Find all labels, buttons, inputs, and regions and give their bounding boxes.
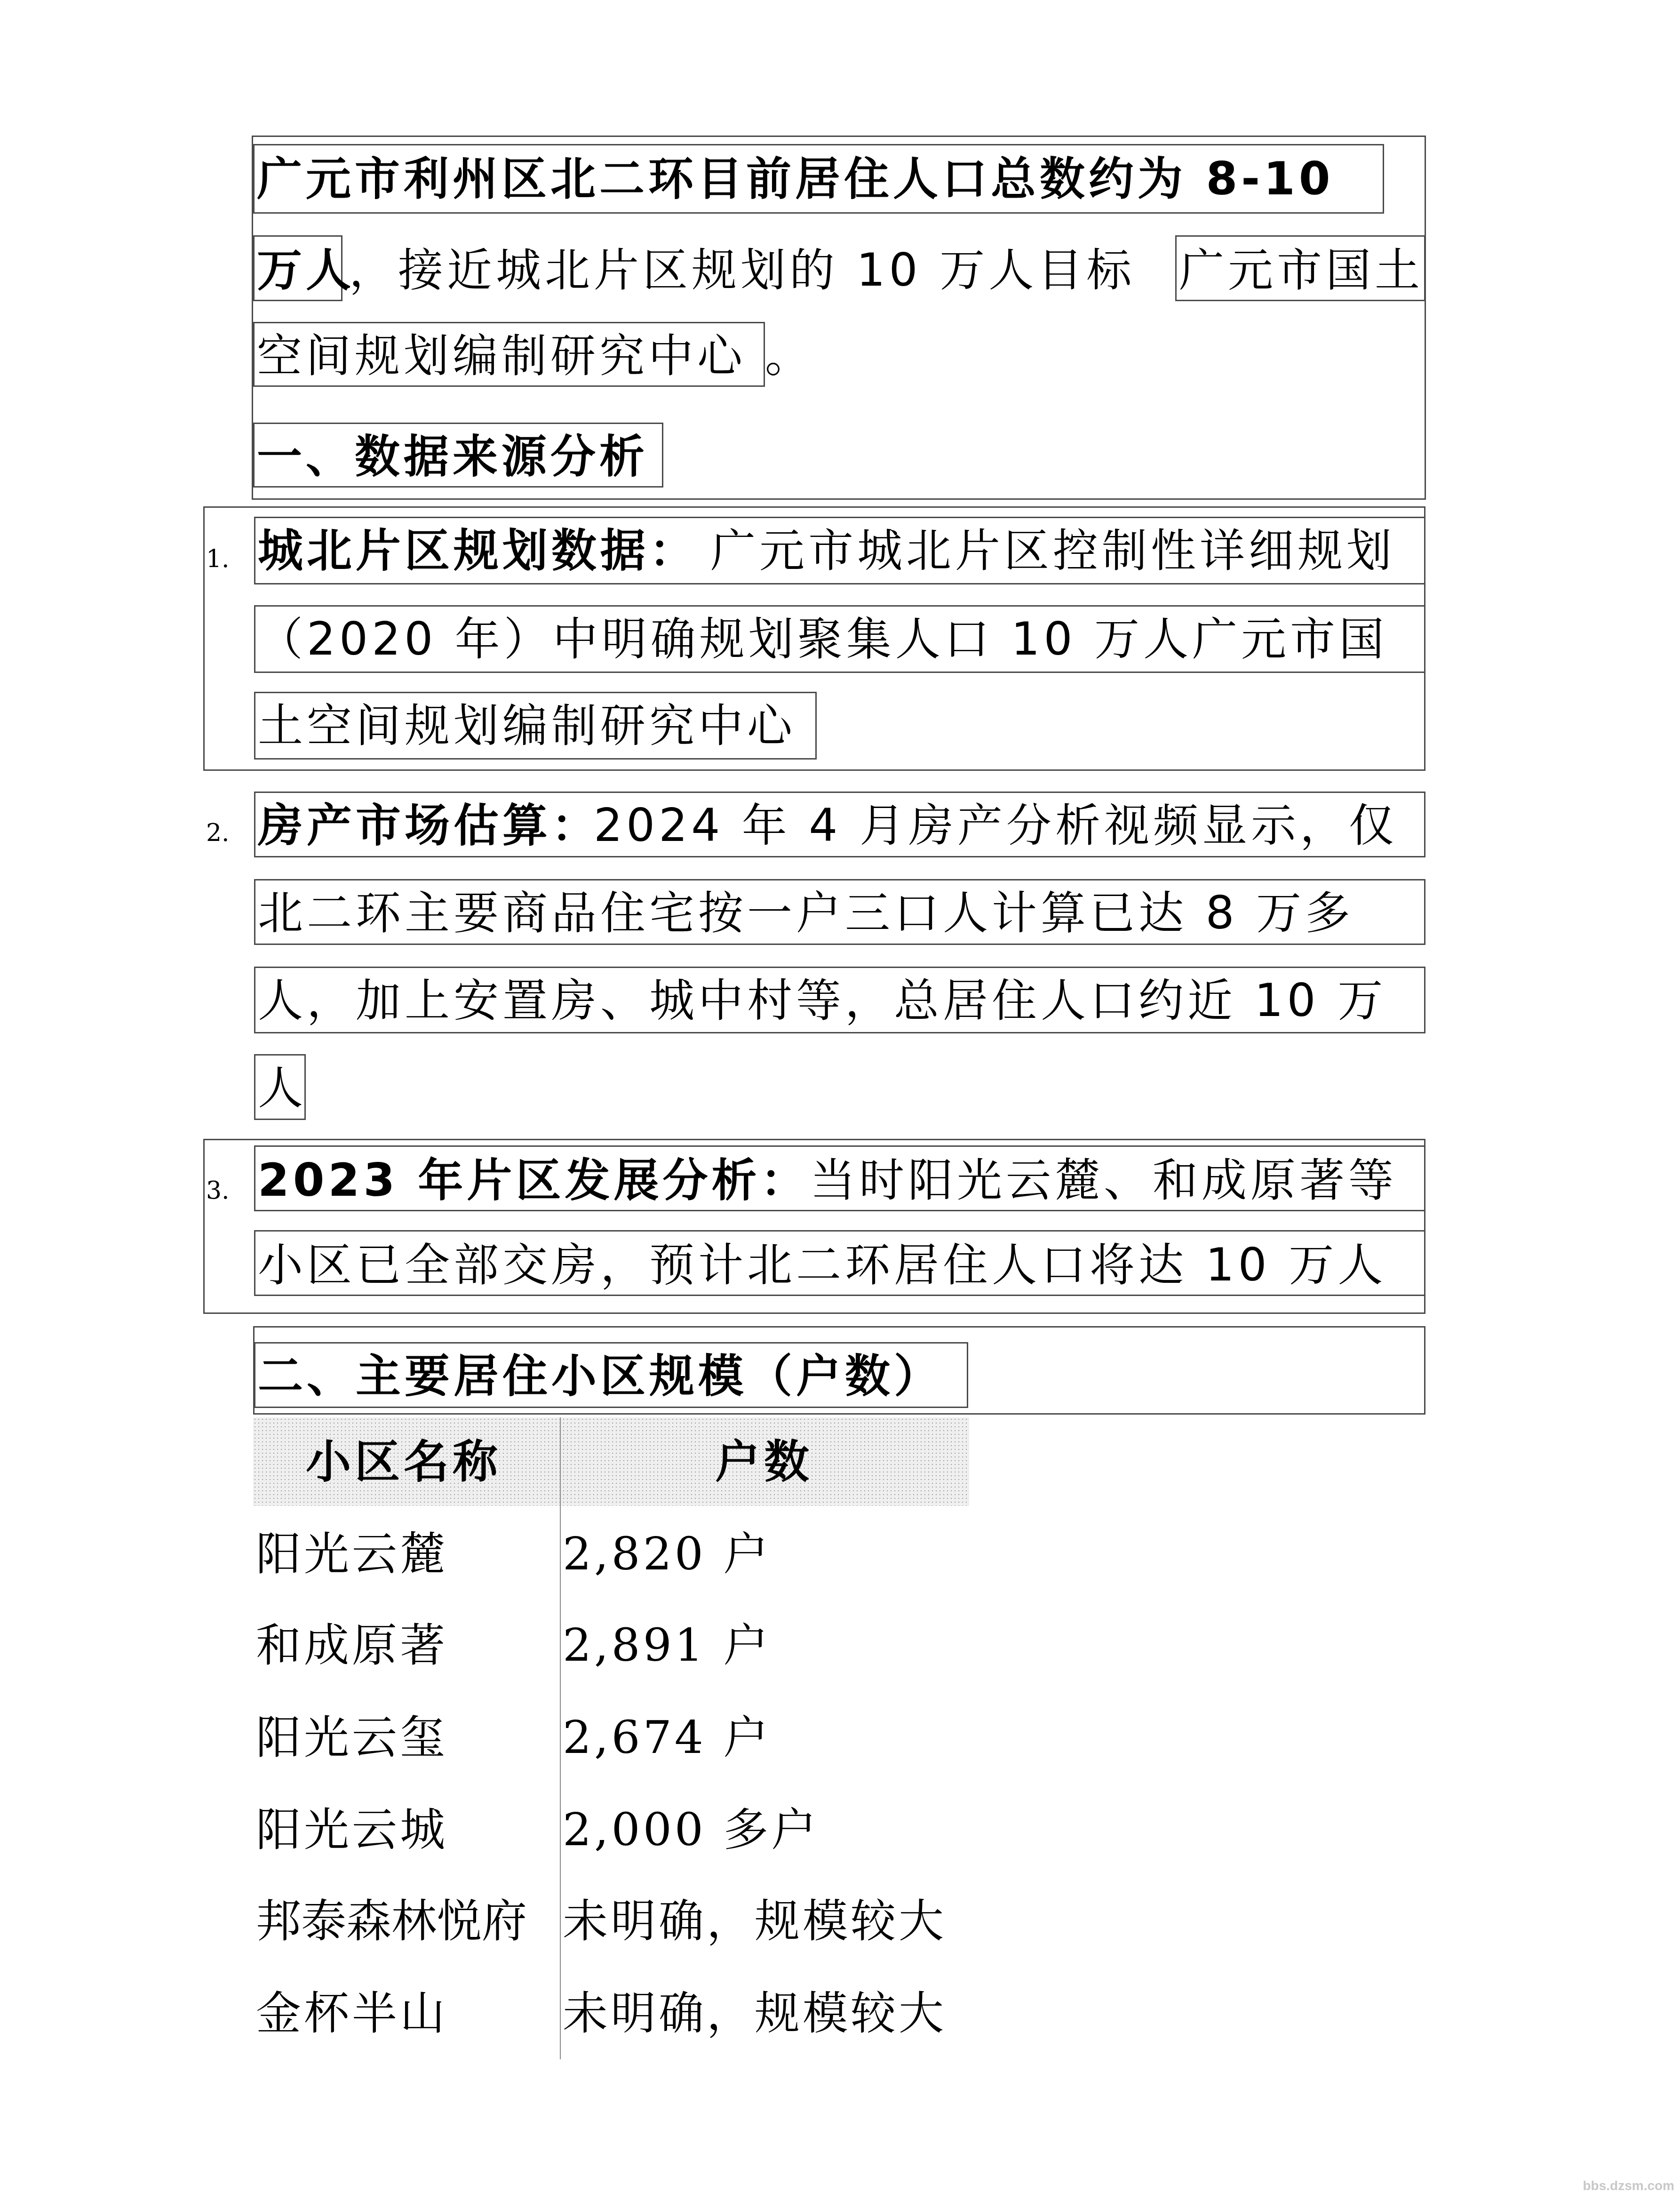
table-cell-households: 2,820 户	[563, 1531, 771, 1576]
intro-summary-line1: 广元市利州区北二环目前居住人口总数约为 8-10	[257, 156, 1334, 201]
list-number-2: 2.	[206, 819, 230, 847]
table-header-name: 小区名称	[306, 1439, 502, 1484]
table-cell-households: 2,000 多户	[563, 1807, 819, 1852]
item1-text-1: 广元市城北片区控制性详细规划	[710, 528, 1395, 573]
item3-label: 2023 年片区发展分析：	[258, 1158, 810, 1203]
intro-end-punct: 。	[765, 333, 814, 378]
table-cell-name: 金杯半山	[256, 1991, 448, 2036]
item2-text-2: 北二环主要商品住宅按一户三口人计算已达 8 万多	[258, 890, 1354, 936]
table-cell-name: 和成原著	[256, 1623, 448, 1668]
item2-text-3: 人，加上安置房、城中村等，总居住人口约近 10 万	[258, 978, 1386, 1023]
intro-summary-line2: ，接近城北片区规划的 10 万人目标	[349, 248, 1135, 293]
table-column-divider	[560, 1417, 561, 2059]
item1-label: 城北片区规划数据：	[258, 528, 698, 573]
citation-link[interactable]: 广元市国土	[1179, 248, 1424, 293]
item2-label: 房产市场估算：	[258, 803, 600, 848]
item2-text-4: 人	[258, 1065, 307, 1111]
table-header-households: 户数	[715, 1439, 813, 1484]
table-cell-households: 2,674 户	[563, 1715, 771, 1760]
item1-text-2: （2020 年）中明确规划聚集人口 10 万人广元市国	[258, 616, 1388, 662]
table-cell-name: 阳光云城	[256, 1807, 448, 1852]
watermark: bbs.dzsm.com	[1583, 2178, 1674, 2193]
section2-heading: 二、主要居住小区规模（户数）	[258, 1353, 943, 1399]
item3-text-1: 当时阳光云麓、和成原著等	[810, 1158, 1397, 1203]
table-cell-households: 未明确，规模较大	[563, 1898, 947, 1944]
table-cell-households: 未明确，规模较大	[563, 1991, 947, 2036]
table-cell-households: 2,891 户	[563, 1623, 771, 1668]
citation-link-cont[interactable]: 空间规划编制研究中心	[257, 333, 746, 378]
section1-heading: 一、数据来源分析	[257, 434, 648, 479]
table-cell-name: 阳光云麓	[256, 1531, 448, 1576]
table-cell-name: 阳光云玺	[256, 1715, 448, 1760]
item3-text-2: 小区已全部交房，预计北二环居住人口将达 10 万人	[258, 1242, 1386, 1288]
item2-text-1: 2024 年 4 月房产分析视频显示，仅	[594, 803, 1398, 848]
list-number-1: 1.	[206, 545, 230, 573]
item1-citation[interactable]: 土空间规划编制研究中心	[258, 703, 796, 748]
intro-summary-line2-bold: 万人	[257, 248, 355, 293]
list-number-3: 3.	[206, 1176, 230, 1205]
table-cell-name: 邦泰森林悦府	[256, 1898, 527, 1944]
